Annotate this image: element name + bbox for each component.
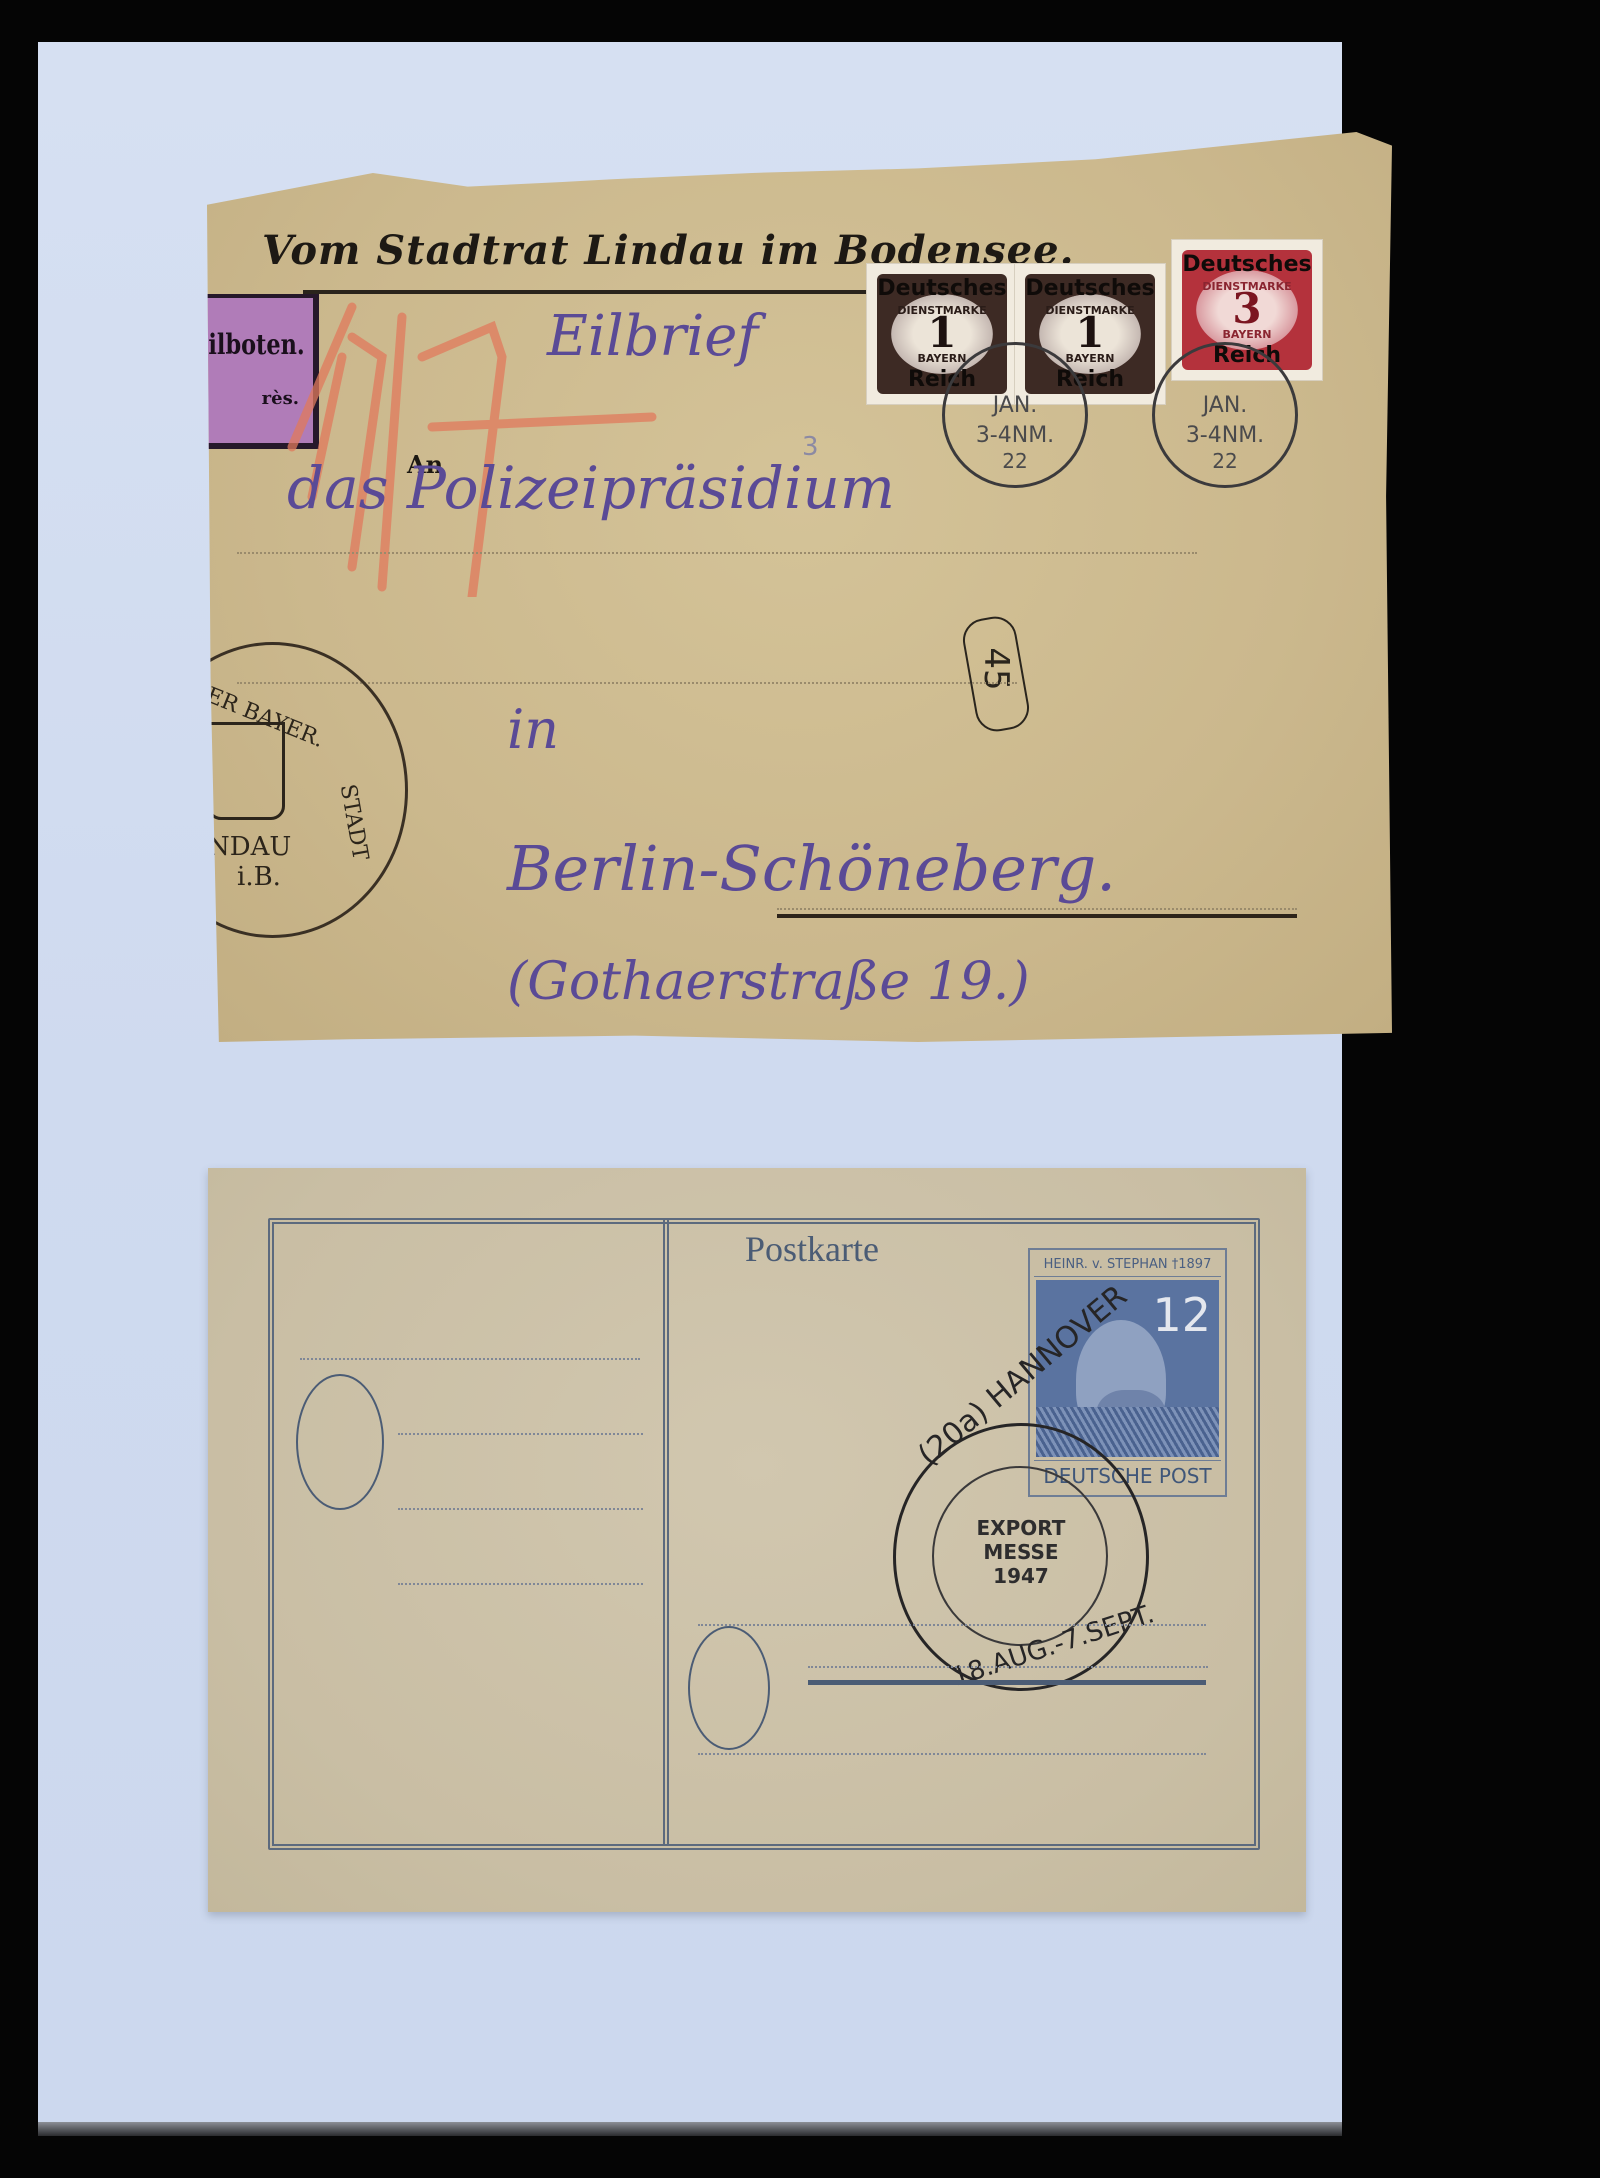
- cover-envelope: Vom Stadtrat Lindau im Bodensee. Eilbote…: [207, 132, 1392, 1042]
- seal-suffix: i.B.: [207, 862, 291, 892]
- cancel-center: EXPORT MESSE 1947: [956, 1516, 1086, 1588]
- circle-mark-right: [688, 1626, 770, 1750]
- imprint-caption: HEINR. v. STEPHAN †1897: [1034, 1254, 1221, 1277]
- stamp-value: 3: [1172, 284, 1322, 333]
- address-line: [808, 1666, 1208, 1668]
- postmark-2: JAN. 3-4NM. 22: [1152, 342, 1298, 488]
- tree-shield-icon: [207, 722, 285, 820]
- preposition-handwriting: in: [507, 698, 559, 761]
- address-line: [777, 908, 1297, 910]
- ornamental-divider: [663, 1218, 669, 1844]
- cancel-center-line: MESSE: [956, 1540, 1086, 1564]
- postmark-year: 22: [1155, 449, 1295, 473]
- postmark-year: 22: [945, 449, 1085, 473]
- cancel-center-line: EXPORT: [956, 1516, 1086, 1540]
- postcard: Postkarte HEINR. v. STEPHAN †1897 12 DEU…: [208, 1168, 1306, 1912]
- postmark-month: JAN.: [1155, 393, 1295, 418]
- imprint-value: 12: [1152, 1288, 1211, 1342]
- street-handwriting: (Gothaerstraße 19.): [507, 952, 1030, 1012]
- page-edge: [38, 2122, 1342, 2136]
- postmark-time: 3-4NM.: [1155, 423, 1295, 448]
- postmark-month: JAN.: [945, 393, 1085, 418]
- boxed-number-marking: 45: [960, 613, 1033, 735]
- circle-mark-left: [296, 1374, 384, 1510]
- writing-line: [300, 1358, 640, 1360]
- stamp-overprint-top: Deutsches: [867, 276, 1017, 301]
- writing-line: [398, 1583, 643, 1585]
- city-handwriting: Berlin-Schöneberg.: [507, 832, 1116, 905]
- postmark-time: 3-4NM.: [945, 423, 1085, 448]
- cancel-center-line: 1947: [956, 1564, 1086, 1588]
- service-handwriting: Eilbrief: [547, 304, 758, 369]
- seal-city: NDAU: [207, 832, 291, 862]
- writing-line: [398, 1508, 643, 1510]
- stamp-overprint-top: Deutsches: [1172, 252, 1322, 277]
- stamp-country: BAYERN: [1172, 328, 1322, 341]
- address-line: [698, 1753, 1206, 1755]
- city-underline: [777, 914, 1297, 918]
- address-line: [698, 1624, 1206, 1626]
- boxed-number: 45: [976, 647, 1016, 690]
- postcard-title: Postkarte: [745, 1228, 879, 1270]
- postmark-1: JAN. 3-4NM. 22: [942, 342, 1088, 488]
- recipient-handwriting: das Polizeipräsidium: [287, 454, 895, 522]
- special-cancellation: (20a) HANNOVER EXPORT MESSE 1947 18.AUG.…: [893, 1423, 1149, 1691]
- writing-line: [398, 1433, 643, 1435]
- address-underline: [808, 1680, 1206, 1685]
- address-line: [237, 552, 1197, 554]
- stamp-overprint-top: Deutsches: [1015, 276, 1165, 301]
- seal-text-bottom: NDAU i.B.: [207, 832, 291, 892]
